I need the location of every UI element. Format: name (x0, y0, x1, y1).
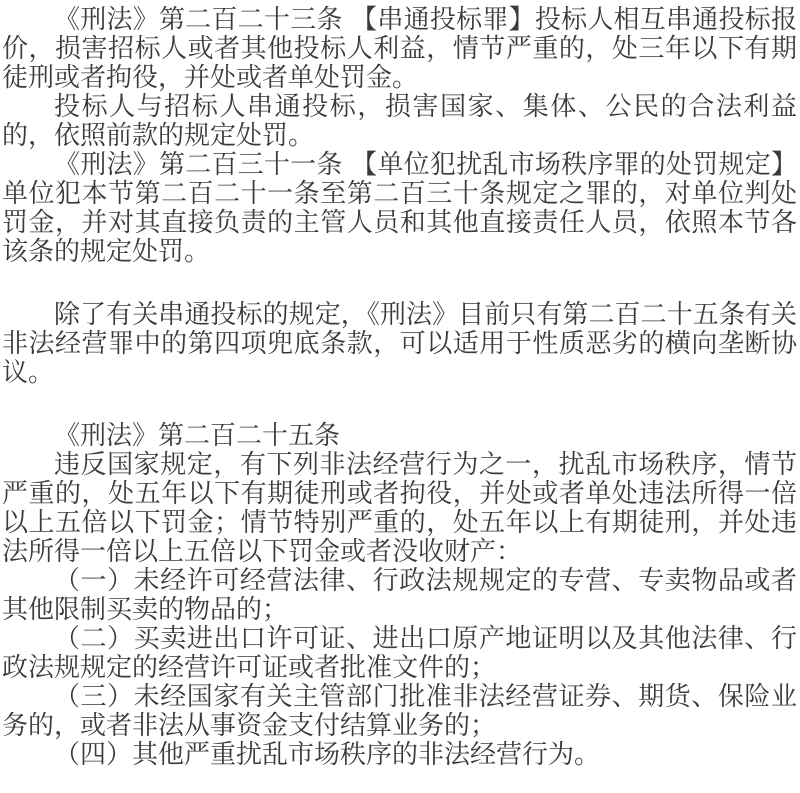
paragraph: （一）未经许可经营法律、行政法规规定的专营、专卖物品或者其他限制买卖的物品的； (2, 567, 797, 625)
paragraph: 《刑法》第二百二十五条 (2, 422, 797, 451)
paragraph: 《刑法》第二百三十一条 【单位犯扰乱市场秩序罪的处罚规定】单位犯本节第二百二十一… (2, 151, 797, 267)
paragraph: （四）其他严重扰乱市场秩序的非法经营行为。 (2, 741, 797, 770)
paragraph: （三）未经国家有关主管部门批准非法经营证券、期货、保险业务的，或者非法从事资金支… (2, 683, 797, 741)
paragraph: （二）买卖进出口许可证、进出口原产地证明以及其他法律、行政法规规定的经营许可证或… (2, 625, 797, 683)
legal-document-page: 《刑法》第二百二十三条 【串通投标罪】投标人相互串通投标报价，损害招标人或者其他… (0, 0, 800, 770)
paragraph: 《刑法》第二百二十三条 【串通投标罪】投标人相互串通投标报价，损害招标人或者其他… (2, 6, 797, 93)
paragraph: 投标人与招标人串通投标，损害国家、集体、公民的合法利益的，依照前款的规定处罚。 (2, 93, 797, 151)
paragraph: 违反国家规定，有下列非法经营行为之一，扰乱市场秩序，情节严重的，处五年以下有期徒… (2, 451, 797, 567)
paragraph: 除了有关串通投标的规定，《刑法》目前只有第二百二十五条有关非法经营罪中的第四项兜… (2, 301, 797, 388)
